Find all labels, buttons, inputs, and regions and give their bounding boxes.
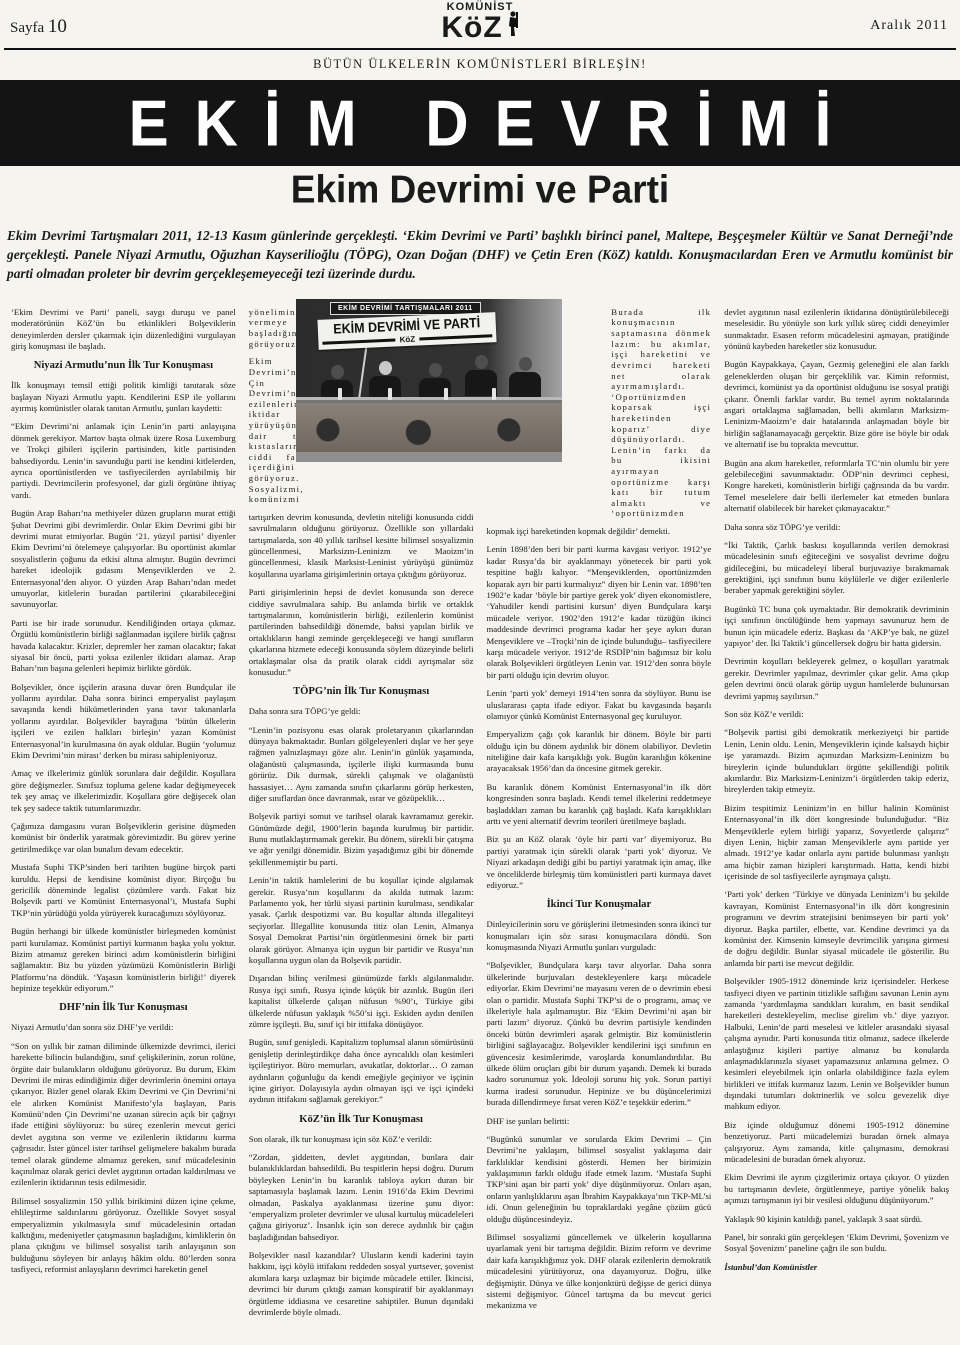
body-paragraph: Daha sonra sıra TÖPG’ye geldi:: [249, 706, 474, 717]
body-paragraph: Bolşevik partiyi somut ve tarihsel olara…: [249, 811, 474, 868]
statue-figure-icon: [505, 11, 519, 43]
photo-floor: [296, 452, 562, 462]
body-paragraph: “Zordan, şiddetten, devlet aygıtından, b…: [249, 1152, 474, 1243]
water-bottle: [492, 388, 496, 400]
column-1: ‘Ekim Devrimi ve Parti’ paneli, saygı du…: [11, 307, 236, 1283]
body-paragraph: Bilimsel sosyalizmi güncellemek ve ülkel…: [487, 1232, 712, 1312]
body-paragraph: Bolşevikler 1905-1912 döneminde kriz içe…: [724, 976, 949, 1113]
body-paragraph: Dışarıdan bilinç verilmesi günümüzde far…: [249, 973, 474, 1030]
body-paragraph: Ekim Devrimi ile ayrım çizgilerimiz orta…: [724, 1172, 949, 1206]
section-heading: TÖPG’nin İlk Tur Konuşması: [249, 685, 474, 699]
water-bottle: [338, 388, 342, 400]
body-paragraph: Bugün Kaypakkaya, Çayan, Gezmiş geleneği…: [724, 359, 949, 450]
section-heading: İkinci Tur Konuşmalar: [487, 898, 712, 912]
body-paragraph: “Ekim Devrimi’ni anlamak için Lenin’in p…: [11, 421, 236, 501]
issue-date: Aralık 2011: [870, 18, 948, 34]
body-paragraph: İlk konuşmayı temsil ettiği politik kiml…: [11, 380, 236, 414]
section-heading: KöZ’ün İlk Tur Konuşması: [249, 1113, 474, 1127]
water-bottle: [388, 388, 392, 400]
logo-main-word: KöZ: [441, 11, 502, 44]
body-paragraph: ‘Parti yok’ derken ‘Türkiye ve dünyada L…: [724, 889, 949, 969]
article-headline: Ekim Devrimi ve Parti: [0, 168, 960, 212]
body-paragraph: “İki Taktik, Çarlık baskısı koşullarında…: [724, 540, 949, 597]
section-heading: DHF’nin İlk Tur Konuşması: [11, 1001, 236, 1015]
slogan: BÜTÜN ÜLKELERİN KOMÜNİSTLERİ BİRLEŞİN!: [0, 50, 960, 80]
body-paragraph: Bolşevikler, önce işçilerin arasına duva…: [11, 682, 236, 762]
body-paragraph: Bugün, sınıf genişledi. Kapitalizm toplu…: [249, 1037, 474, 1105]
body-paragraph: “Son on yıllık bir zaman diliminde ülkem…: [11, 1041, 236, 1189]
newspaper-logo: KOMÜNİST KöZ: [0, 2, 960, 43]
banner-bar-left: [322, 338, 395, 344]
photo-banner-logo: KöZ: [399, 335, 415, 345]
body-paragraph: Parti ise bir irade sorunudur. Kendiliği…: [11, 618, 236, 675]
body-paragraph: Son söz KöZ’e verildi:: [724, 709, 949, 720]
panelist-figure: [508, 357, 542, 399]
body-paragraph: Biz şu an KöZ olarak ‘öyle bir parti var…: [487, 834, 712, 891]
body-paragraph: Emperyalizm çağı çok karanlık bir dönem.…: [487, 729, 712, 775]
section-banner-title: EKİM DEVRİMİ: [103, 86, 858, 161]
body-paragraph: Bugün ana akım hareketler, reformlarla T…: [724, 458, 949, 515]
table-cloth: [296, 403, 562, 452]
section-banner: EKİM DEVRİMİ: [0, 80, 960, 166]
logo-main-text: KöZ: [0, 11, 960, 43]
body-paragraph: Bilimsel sosyalizmin 150 yıllık birikimi…: [11, 1196, 236, 1276]
body-paragraph: Mustafa Suphi TKP’sinden beri tarihten b…: [11, 862, 236, 919]
body-paragraph: “Bugünkü sunumlar ve sorularda Ekim Devr…: [487, 1134, 712, 1225]
body-paragraph: Lenin 1898’den beri bir parti kurma kavg…: [487, 544, 712, 681]
body-paragraph: Son olarak, ilk tur konuşması için söz K…: [249, 1134, 474, 1145]
body-paragraph: “Bolşevikler, Bundçulara karşı tavır alı…: [487, 960, 712, 1108]
article-signature: İstanbul’dan Komünistler: [724, 1262, 949, 1273]
body-paragraph: “Bolşevik partisi gibi demokratik merkez…: [724, 727, 949, 795]
body-paragraph: Bugün herhangi bir ülkede komünistler bi…: [11, 926, 236, 994]
body-paragraph: Lenin’in taktik hamlelerini de bu koşull…: [249, 875, 474, 966]
section-heading: Niyazi Armutlu’nun İlk Tur Konuşması: [11, 359, 236, 373]
body-paragraph: DHF ise şunları belirtti:: [487, 1116, 712, 1127]
body-paragraph: Daha sonra söz TÖPG’ye verildi:: [724, 522, 949, 533]
body-paragraph: Yaklaşık 90 kişinin katıldığı panel, yak…: [724, 1214, 949, 1225]
panel-table: [296, 397, 562, 452]
body-paragraph: Amaç ve ilkelerimiz günlük sorunlara dai…: [11, 768, 236, 814]
body-paragraph: Biz içinde olduğumuz dönemi 1905-1912 dö…: [724, 1120, 949, 1166]
body-paragraph: “Lenin’in pozisyonu esas olarak proletar…: [249, 725, 474, 805]
body-paragraph: Çağımıza damgasını vuran Bolşeviklerin g…: [11, 821, 236, 855]
panel-photo: EKİM DEVRİMİ TARTIŞMALARI 2011 EKİM DEVR…: [296, 299, 562, 462]
body-paragraph: Bolşevikler nasıl kazandılar? Ulusların …: [249, 1250, 474, 1318]
article-lead: Ekim Devrimi Tartışmaları 2011, 12-13 Ka…: [0, 224, 960, 283]
water-bottle: [444, 388, 448, 400]
body-paragraph: Lenin ‘parti yok’ demeyi 1914’ten sonra …: [487, 688, 712, 722]
body-paragraph: ‘Ekim Devrimi ve Parti’ paneli, saygı du…: [11, 307, 236, 353]
banner-bar-right: [419, 334, 492, 340]
body-paragraph: Bu karanlık dönem Komünist Enternasyonal…: [487, 782, 712, 828]
article-columns: ‘Ekim Devrimi ve Parti’ paneli, saygı du…: [0, 297, 960, 1326]
body-paragraph: Niyazi Armutlu’dan sonra söz DHF’ye veri…: [11, 1022, 236, 1033]
photo-banner: EKİM DEVRİMİ VE PARTİ KöZ: [317, 312, 496, 350]
column-4: devlet aygıtının nasıl ezilenlerin iktid…: [724, 307, 949, 1273]
wrap-paragraph: Burada ilk konuşmacının saptamasına dönm…: [611, 307, 711, 519]
newspaper-page: Sayfa 10 KOMÜNİST KöZ Aralık 2011 BÜTÜN …: [0, 0, 960, 1345]
body-paragraph: kopmak işçi hareketinden kopmak değildir…: [487, 526, 712, 537]
masthead: Sayfa 10 KOMÜNİST KöZ Aralık 2011: [0, 0, 960, 48]
body-paragraph: Dinleyicilerinin soru ve görüşlerini ile…: [487, 919, 712, 953]
body-paragraph: Panel, bir sonraki gün gerçekleşen ‘Ekim…: [724, 1232, 949, 1255]
body-paragraph: Bizim tespitimiz Leninizm’in en billur h…: [724, 803, 949, 883]
body-paragraph: Devrimin koşulları bekleyerek gelmez, o …: [724, 656, 949, 702]
body-paragraph: tartışırken devrim konusunda, devletin n…: [249, 512, 474, 580]
body-paragraph: Parti girişimlerinin hepsi de devlet kon…: [249, 587, 474, 678]
body-paragraph: Bugün Arap Baharı’na methiyeler düzen gr…: [11, 508, 236, 611]
body-paragraph: devlet aygıtının nasıl ezilenlerin iktid…: [724, 307, 949, 353]
body-paragraph: Bugünkü TC buna çok uymaktadır. Bir demo…: [724, 604, 949, 650]
